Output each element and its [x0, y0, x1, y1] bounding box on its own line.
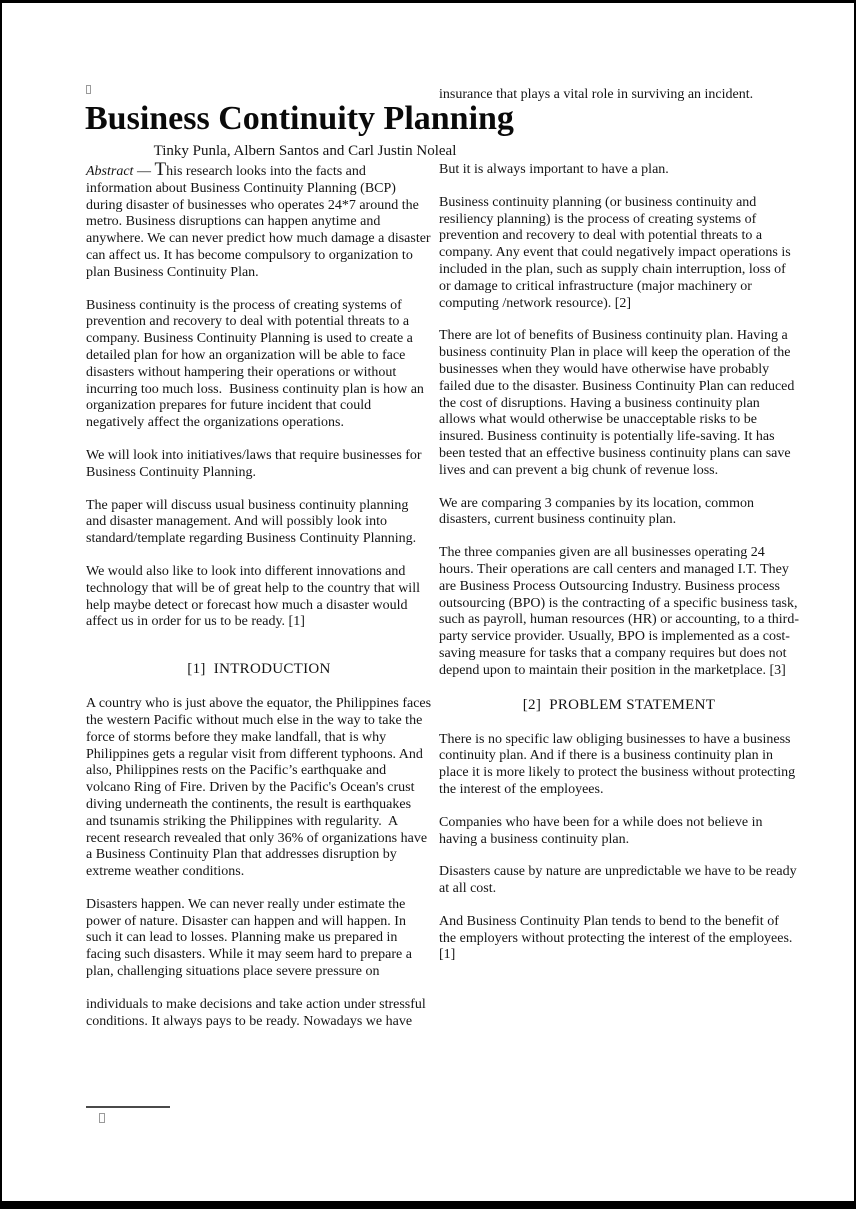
paper-authors: Tinky Punla, Albern Santos and Carl Just… [85, 142, 525, 160]
abstract-separator: — [133, 164, 154, 179]
paragraph: A country who is just above the equator,… [86, 696, 432, 881]
paragraph: The three companies given are all busine… [439, 545, 799, 679]
paragraph: The paper will discuss usual business co… [86, 498, 432, 548]
paragraph: individuals to make decisions and take a… [86, 997, 432, 1031]
paragraph: There is no specific law obliging busine… [439, 732, 799, 799]
paragraph: But it is always important to have a pla… [439, 162, 799, 179]
paragraph: We will look into initiatives/laws that … [86, 448, 432, 482]
paragraph: There are lot of benefits of Business co… [439, 328, 799, 479]
footnote-rule [86, 1106, 170, 1108]
abstract-label: Abstract [86, 164, 133, 179]
section-heading-problem-statement: [2] PROBLEM STATEMENT [439, 697, 799, 714]
title-block: Business Continuity Planning Tinky Punla… [85, 99, 525, 160]
missing-glyph-icon [86, 85, 91, 94]
left-column: Abstract — This research looks into the … [86, 162, 432, 1046]
right-column: But it is always important to have a pla… [439, 162, 799, 980]
section-heading-introduction: [1] INTRODUCTION [86, 661, 432, 678]
abstract-lead-initial: T [154, 159, 166, 180]
paper-title: Business Continuity Planning [85, 99, 525, 139]
abstract-paragraph: Abstract — This research looks into the … [86, 162, 432, 282]
paragraph: Business continuity is the process of cr… [86, 298, 432, 432]
missing-glyph-icon [99, 1113, 105, 1123]
abstract-body: his research looks into the facts and in… [86, 164, 434, 280]
paragraph: And Business Continuity Plan tends to be… [439, 914, 799, 964]
paragraph: Disasters cause by nature are unpredicta… [439, 864, 799, 898]
paragraph: Business continuity planning (or busines… [439, 195, 799, 313]
paper-page: insurance that plays a vital role in sur… [0, 0, 856, 1209]
paragraph: We would also like to look into differen… [86, 564, 432, 631]
paragraph: Disasters happen. We can never really un… [86, 897, 432, 981]
paragraph: Companies who have been for a while does… [439, 815, 799, 849]
paragraph: We are comparing 3 companies by its loca… [439, 496, 799, 530]
